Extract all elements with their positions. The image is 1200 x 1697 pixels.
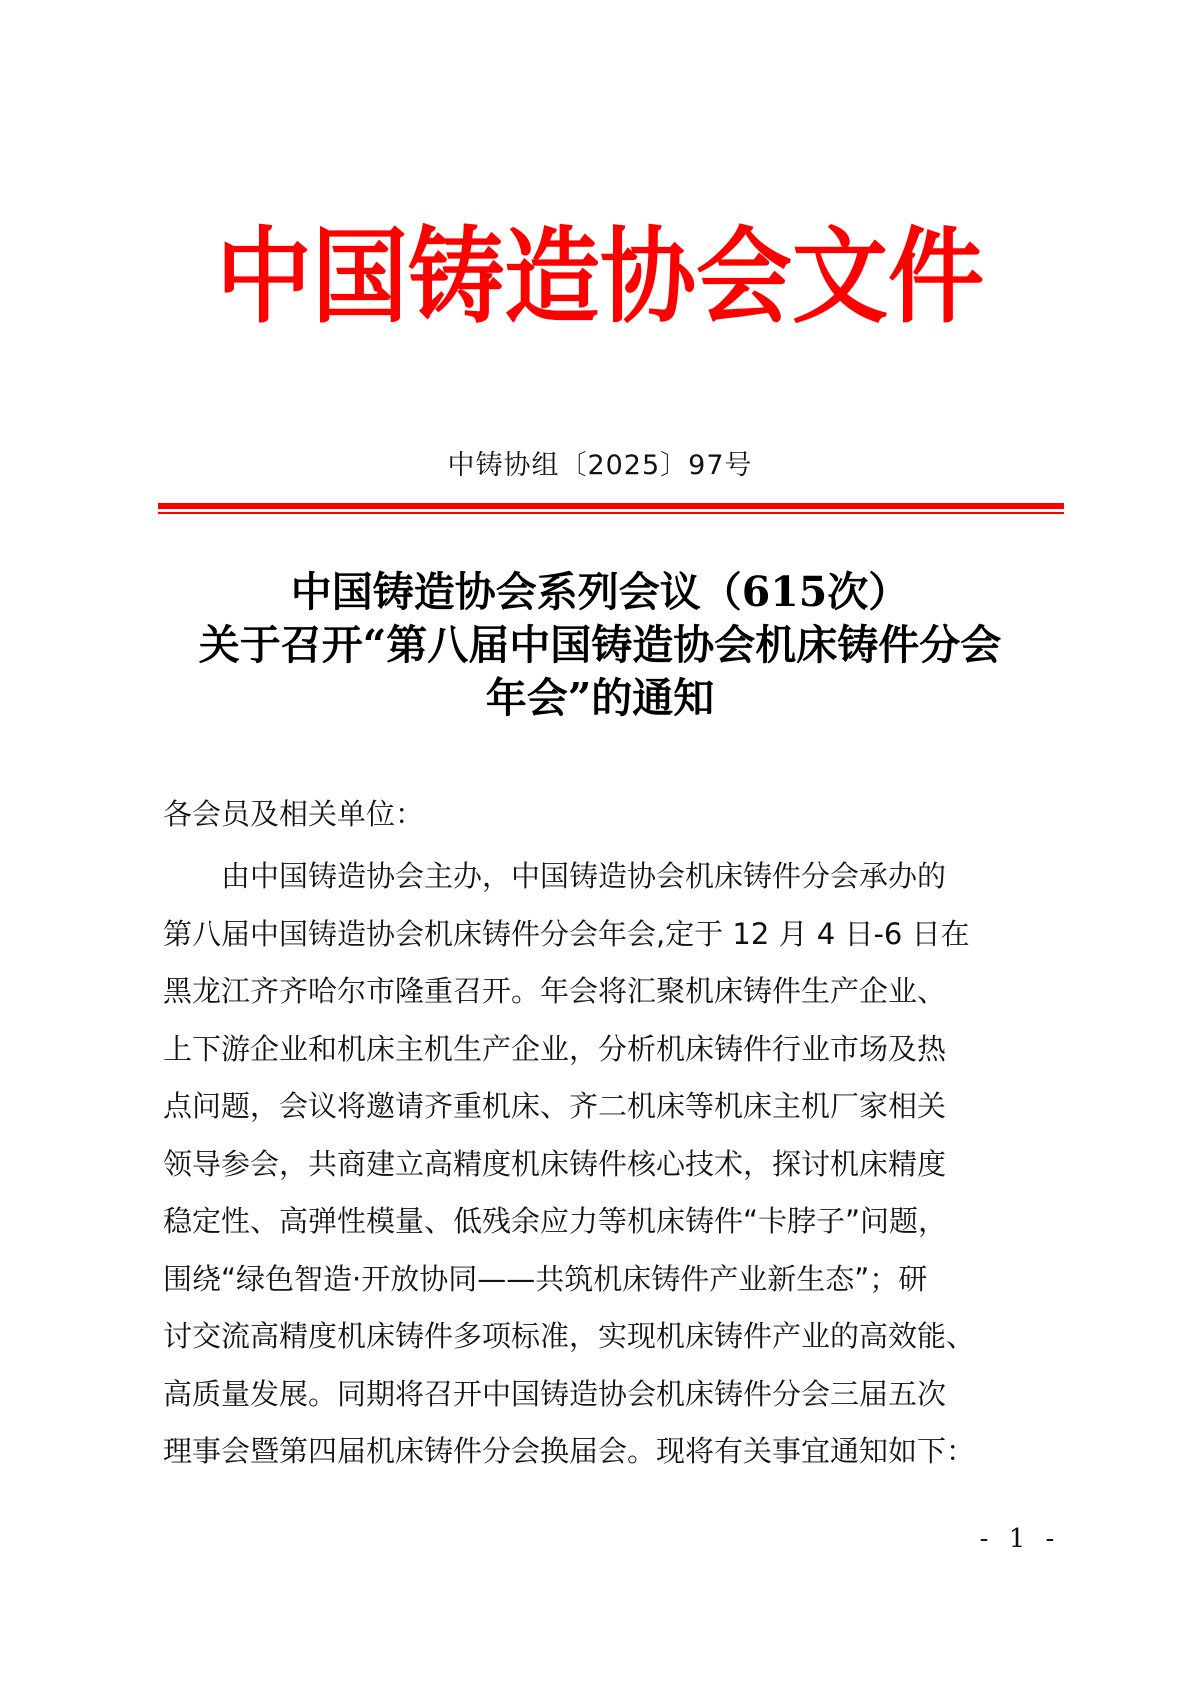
body-line: 稳定性、高弹性模量、低残余应力等机床铸件“卡脖子”问题， [163, 1193, 1063, 1251]
body-line: 点问题，会议将邀请齐重机床、齐二机床等机床主机厂家相关 [163, 1078, 1063, 1136]
title-line-1: 中国铸造协会系列会议（615次） [140, 566, 1060, 619]
body-line: 黑龙江齐齐哈尔市隆重召开。年会将汇聚机床铸件生产企业、 [163, 963, 1063, 1021]
document-number: 中铸协组〔2025〕97号 [0, 448, 1200, 484]
notice-title: 中国铸造协会系列会议（615次） 关于召开“第八届中国铸造协会机床铸件分会 年会… [140, 566, 1060, 725]
page-number: - 1 - [960, 1524, 1080, 1554]
body-line: 高质量发展。同期将召开中国铸造协会机床铸件分会三届五次 [163, 1366, 1063, 1424]
document-page: 中国铸造协会文件 中铸协组〔2025〕97号 中国铸造协会系列会议（615次） … [0, 0, 1200, 1697]
body-line: 由中国铸造协会主办，中国铸造协会机床铸件分会承办的 [163, 848, 1063, 906]
body-line: 上下游企业和机床主机生产企业，分析机床铸件行业市场及热 [163, 1021, 1063, 1079]
body-line: 理事会暨第四届机床铸件分会换届会。现将有关事宜通知如下： [163, 1423, 1063, 1481]
body-line: 围绕“绿色智造·开放协同——共筑机床铸件产业新生态”；研 [163, 1251, 1063, 1309]
body-line: 第八届中国铸造协会机床铸件分会年会,定于 12 月 4 日-6 日在 [163, 906, 1063, 964]
title-line-3: 年会”的通知 [140, 672, 1060, 725]
body-line: 讨交流高精度机床铸件多项标准，实现机床铸件产业的高效能、 [163, 1308, 1063, 1366]
title-line-2: 关于召开“第八届中国铸造协会机床铸件分会 [140, 619, 1060, 672]
red-divider-thin [158, 512, 1064, 514]
masthead-title: 中国铸造协会文件 [0, 218, 1200, 337]
body-line: 领导参会，共商建立高精度机床铸件核心技术，探讨机床精度 [163, 1136, 1063, 1194]
salutation: 各会员及相关单位： [163, 786, 1063, 848]
red-divider-thick [158, 503, 1064, 509]
notice-body: 各会员及相关单位： 由中国铸造协会主办，中国铸造协会机床铸件分会承办的 第八届中… [163, 786, 1063, 1481]
